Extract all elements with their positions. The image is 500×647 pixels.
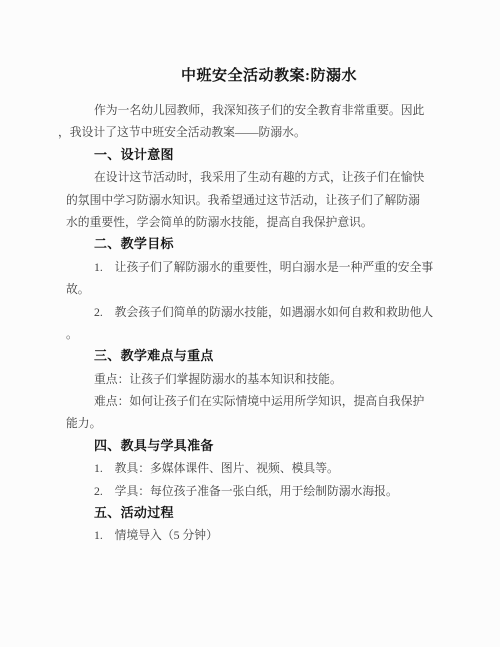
- paragraph-line-continuation: ，我设计了这节中班安全活动教案——防溺水。: [58, 121, 434, 143]
- section-heading: 二、教学目标: [66, 233, 434, 255]
- list-item-line: 2. 教会孩子们简单的防溺水技能，如遇溺水如何自救和救助他人: [66, 301, 434, 323]
- document-title: 中班安全活动教案:防溺水: [0, 64, 500, 85]
- paragraph-line-continuation: 能力。: [66, 412, 434, 434]
- paragraph-line: 难点：如何让孩子们在实际情境中运用所学知识，提高自我保护: [66, 390, 434, 412]
- document-body: 作为一名幼儿园教师，我深知孩子们的安全教育非常重要。因此 ，我设计了这节中班安全…: [66, 99, 434, 547]
- section-heading: 四、教具与学具准备: [66, 435, 434, 457]
- list-item-line: 1. 情境导入（5 分钟）: [66, 524, 434, 546]
- paragraph-line-continuation: 水的重要性，学会简单的防溺水技能，提高自我保护意识。: [66, 211, 434, 233]
- paragraph-line-continuation: 的氛围中学习防溺水知识。我希望通过这节活动，让孩子们了解防溺: [66, 189, 434, 211]
- paragraph-line: 在设计这节活动时，我采用了生动有趣的方式，让孩子们在愉快: [66, 166, 434, 188]
- document-page: 中班安全活动教案:防溺水 作为一名幼儿园教师，我深知孩子们的安全教育非常重要。因…: [0, 0, 500, 647]
- list-item-line: 1. 让孩子们了解防溺水的重要性，明白溺水是一种严重的安全事: [66, 256, 434, 278]
- paragraph-line-continuation: 故。: [66, 278, 434, 300]
- paragraph-line-continuation: 。: [66, 323, 434, 345]
- list-item-line: 2. 学具：每位孩子准备一张白纸，用于绘制防溺水海报。: [66, 480, 434, 502]
- paragraph-line: 作为一名幼儿园教师，我深知孩子们的安全教育非常重要。因此: [66, 99, 434, 121]
- paragraph-line: 重点：让孩子们掌握防溺水的基本知识和技能。: [66, 368, 434, 390]
- section-heading: 五、活动过程: [66, 502, 434, 524]
- section-heading: 一、设计意图: [66, 144, 434, 166]
- section-heading: 三、教学难点与重点: [66, 345, 434, 367]
- list-item-line: 1. 教具：多媒体课件、图片、视频、模具等。: [66, 457, 434, 479]
